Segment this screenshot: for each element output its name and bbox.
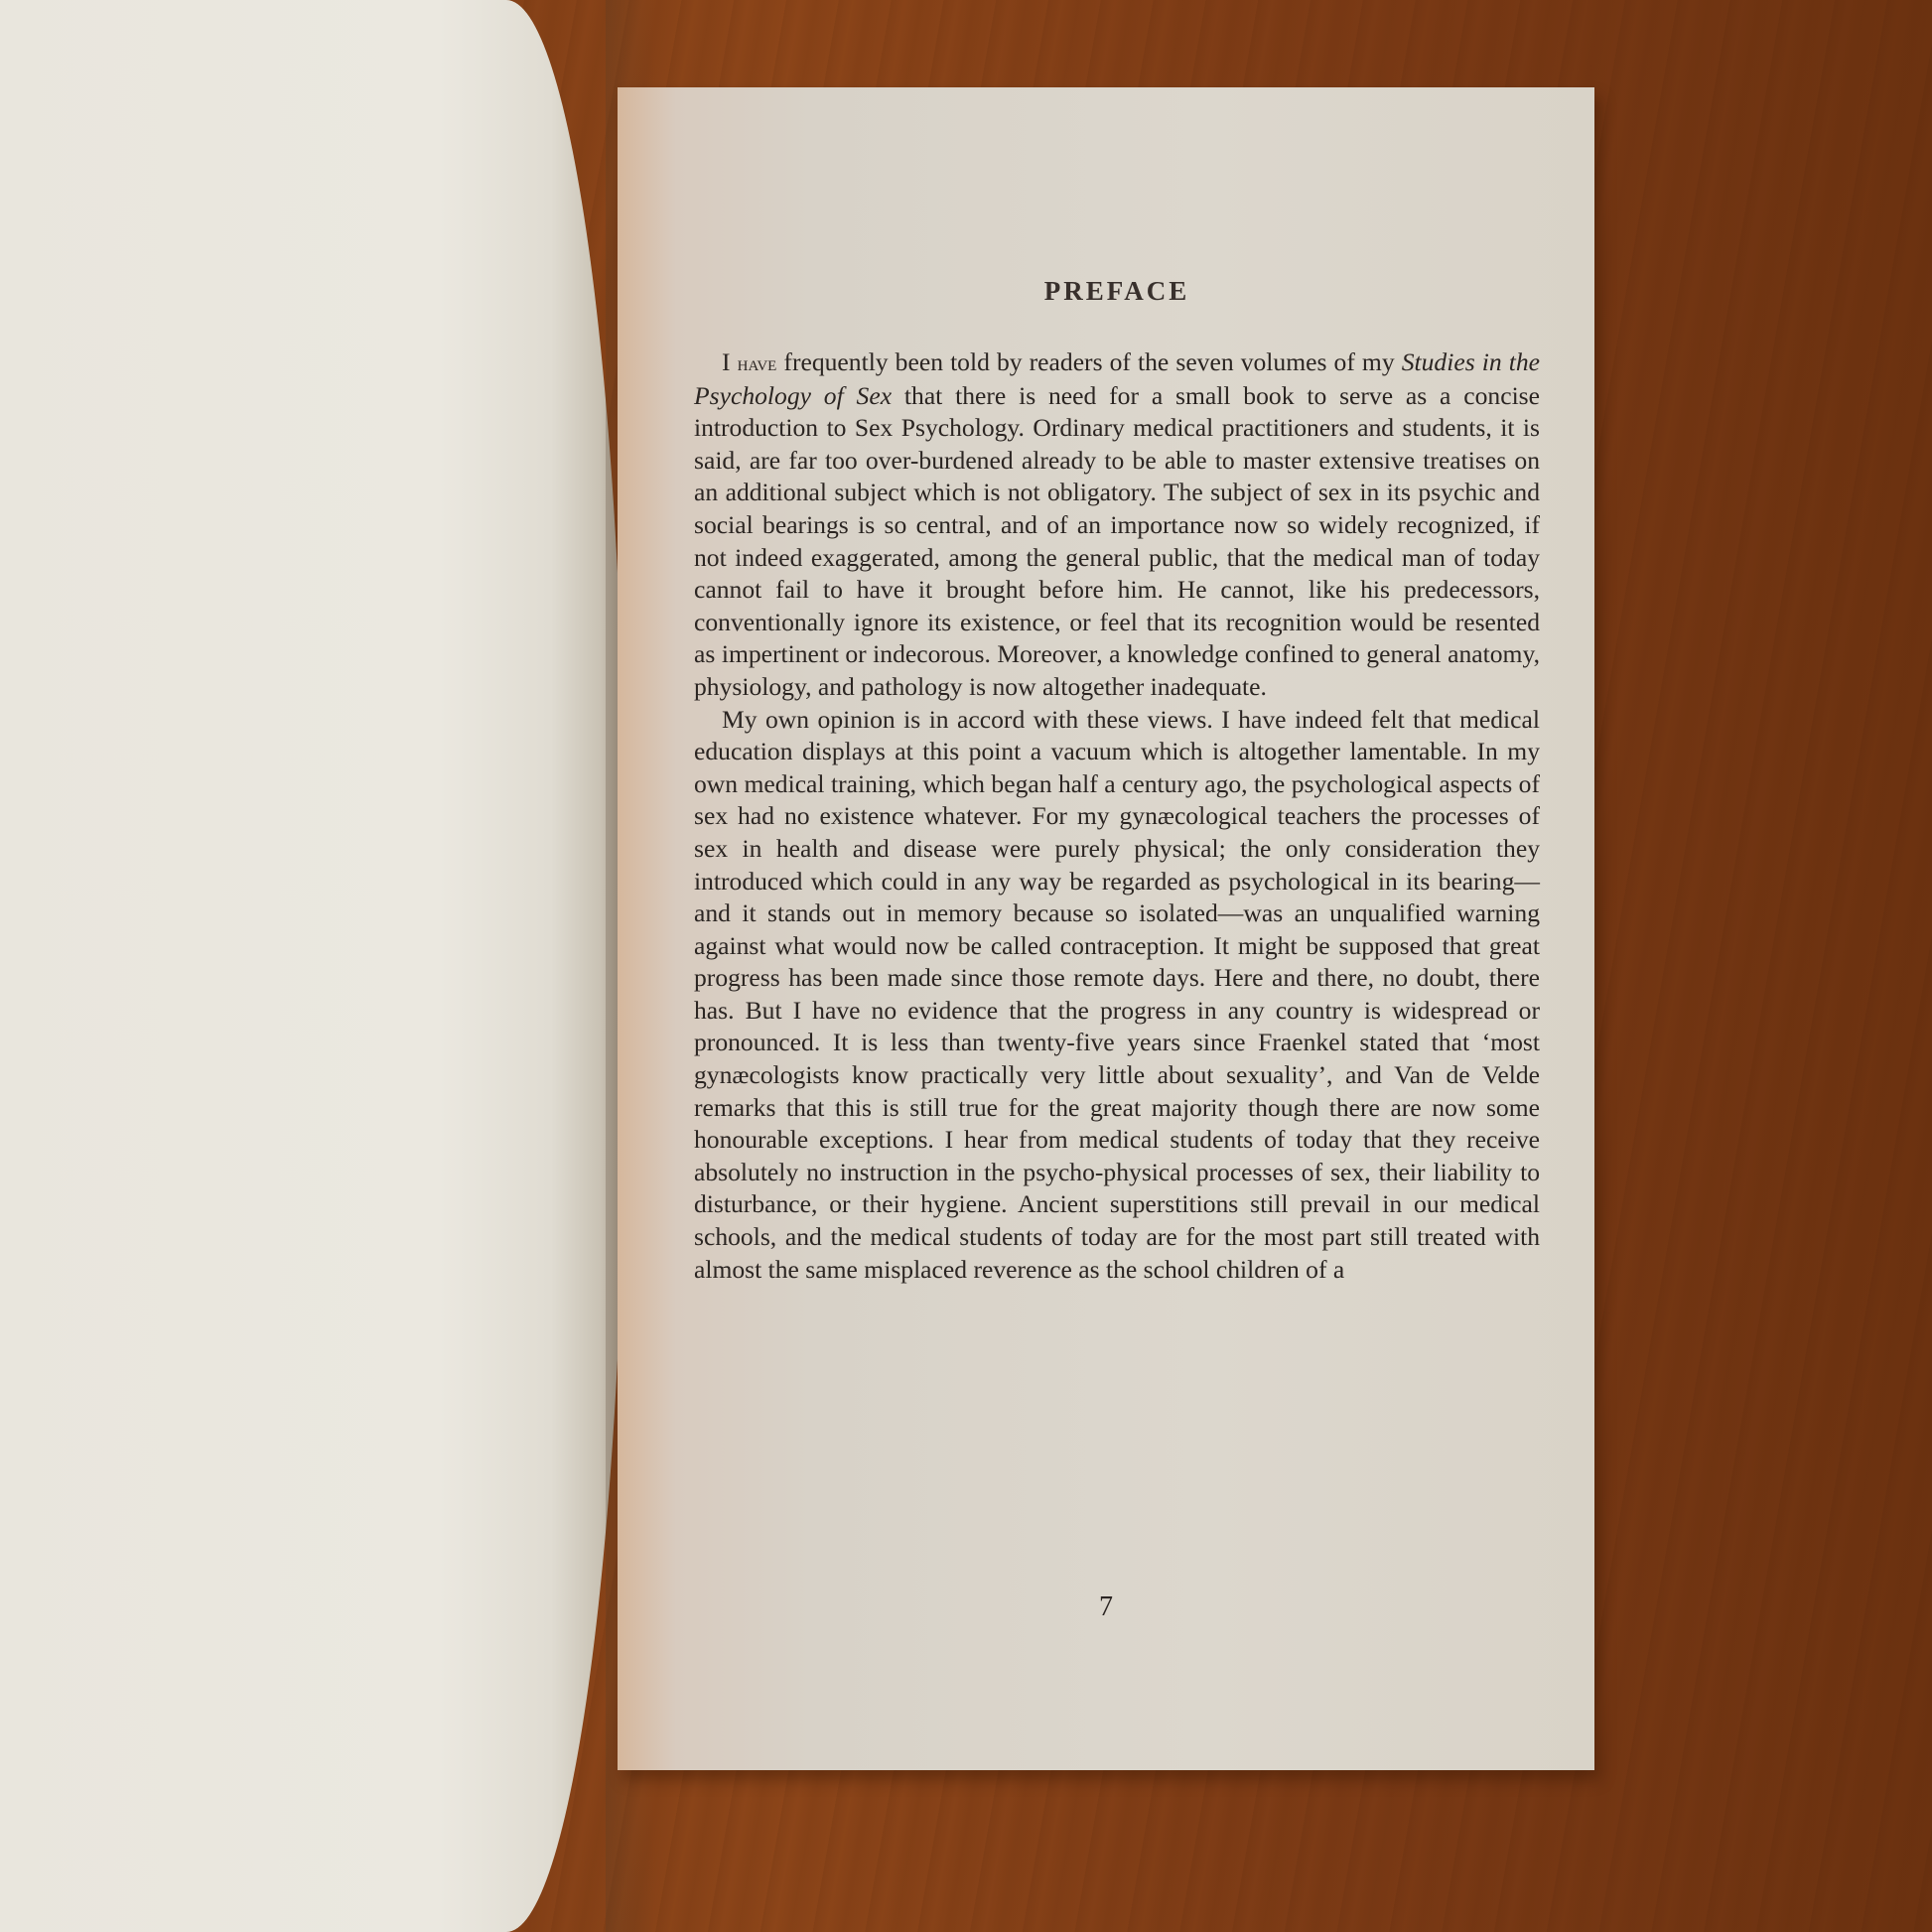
lead-letter: I [722,347,738,376]
paragraph-1: I have frequently been told by readers o… [694,346,1540,704]
page-number: 7 [618,1591,1594,1623]
paragraph-2: My own opinion is in accord with these v… [694,704,1540,1287]
page-text-block: PREFACE I have frequently been told by r… [694,276,1540,1286]
left-page-blank [0,0,625,1932]
page-heading: PREFACE [694,276,1540,307]
paragraph-1-text-a: frequently been told by readers of the s… [776,347,1401,376]
right-page: PREFACE I have frequently been told by r… [618,87,1594,1770]
smallcaps-word: have [738,350,777,375]
paragraph-1-text-b: that there is need for a small book to s… [694,381,1540,701]
